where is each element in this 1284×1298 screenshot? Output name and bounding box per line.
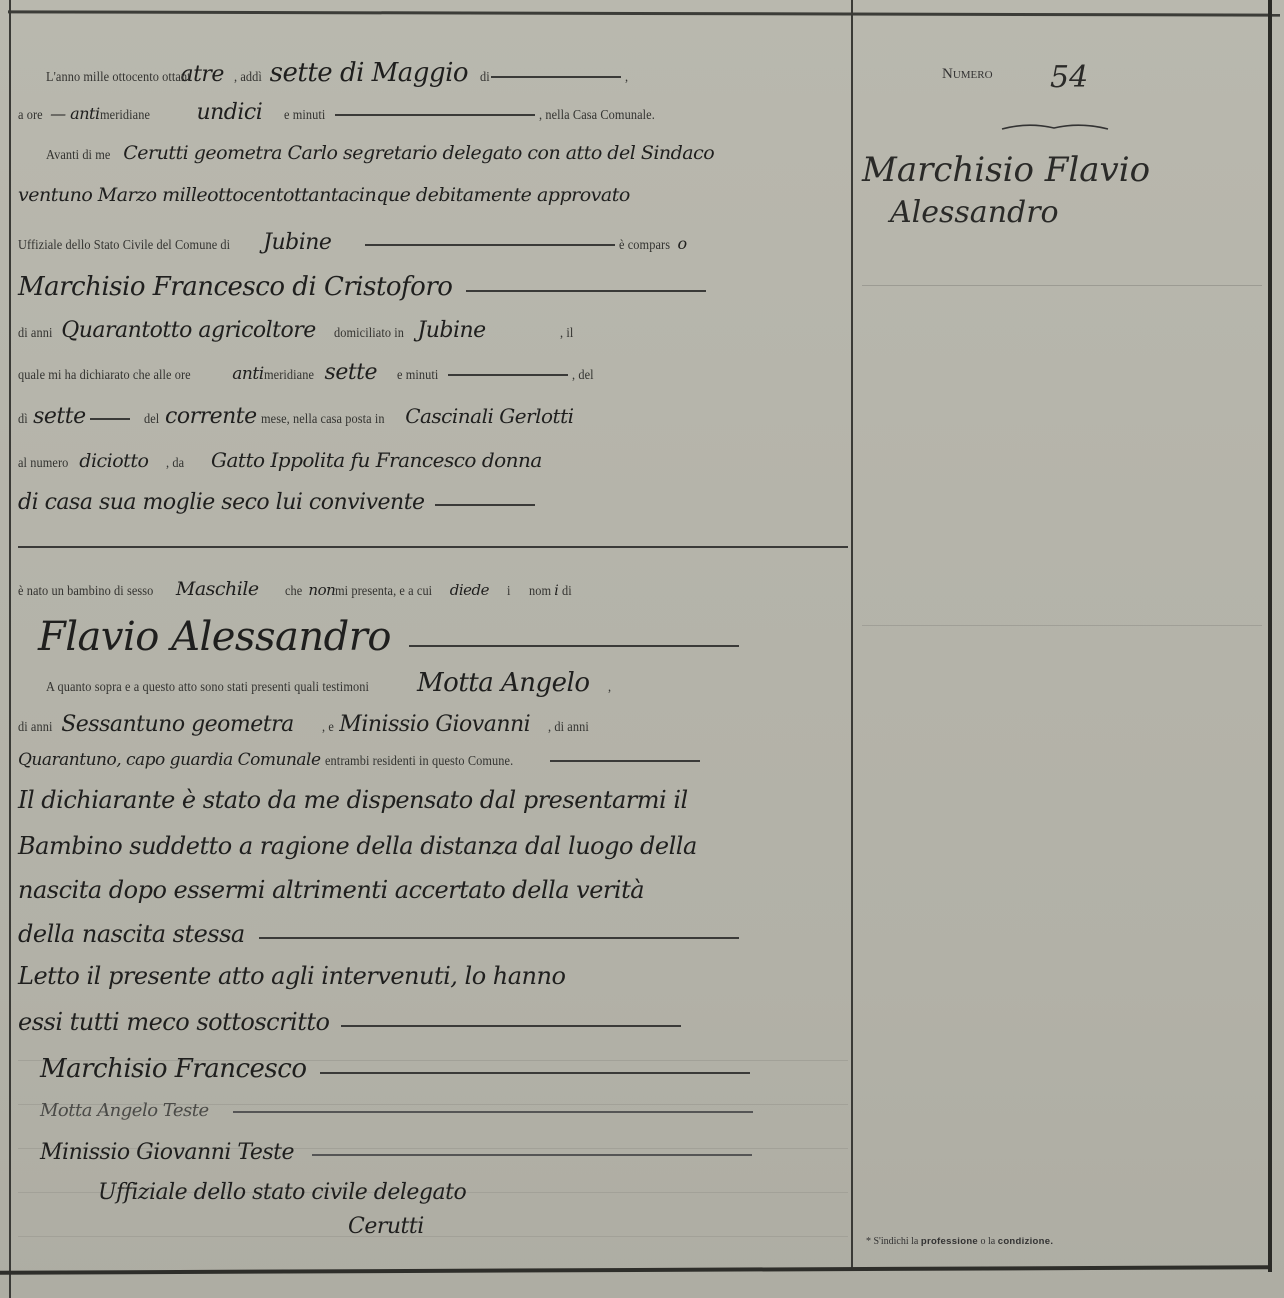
printed-text: mese, nella casa posta in [261,412,385,428]
printed-text: , da [166,456,184,472]
blank-line [550,760,700,762]
printed-text: e minuti [284,108,325,124]
decorative-swash-icon [1000,122,1110,132]
printed-text: nom [529,584,551,600]
handwritten-declarant-name: Marchisio Francesco di Cristoforo [18,272,452,302]
handwritten-hour: sette [325,360,378,385]
printed-text: , addì [234,70,262,86]
handwritten-commune: Jubine [263,230,331,255]
margin-subject-surname: Marchisio Flavio [862,150,1150,190]
printed-text: , il [560,326,573,342]
blank-line [312,1154,752,1156]
section-separator [18,546,848,548]
handwritten-domicile: Jubine [417,318,485,343]
signature-witness1: Motta Angelo Teste [18,1100,848,1121]
margin-subject-given: Alessandro [890,195,1059,230]
handwritten-text: anti [232,364,263,384]
line-signed: essi tutti meco sottoscritto [18,1008,848,1036]
faint-rule [862,625,1262,626]
printed-text: a ore [18,108,43,124]
signature-officer-title: Uffiziale dello stato civile delegato [18,1180,848,1205]
bottom-rule [0,1265,1268,1275]
printed-text: di anni [18,720,52,736]
printed-text: è nato un bambino di sesso [18,584,153,600]
blank-line [448,374,568,376]
handwritten-witness1-age: Sessantuno geometra [61,712,294,737]
printed-text: i [507,584,511,600]
handwritten-age-occupation: Quarantotto agricoltore [61,318,316,343]
witness2-signature: Minissio Giovanni Teste [40,1140,294,1165]
printed-text: quale mi ha dichiarato che alle ore [18,368,191,384]
handwritten-locality: Cascinali Gerlotti [405,404,573,428]
handwritten-witness1: Motta Angelo [417,668,589,698]
line-note3: nascita dopo essermi altrimenti accertat… [18,876,848,904]
printed-text: al numero [18,456,68,472]
handwritten-text: di casa sua moglie seco lui convivente [18,490,425,515]
line-commune: Uffiziale dello Stato Civile del Comune … [18,230,848,255]
printed-text: A quanto sopra e a questo atto sono stat… [46,680,369,696]
number-label: Numero [942,66,993,83]
line-note2: Bambino suddetto a ragione della distanz… [18,832,848,860]
blank-line [341,1025,681,1027]
entry-number: 54 [1050,60,1088,95]
blank-line [466,290,706,292]
footnote-bold: professione [921,1236,978,1247]
blank-line [409,645,739,647]
printed-text: domiciliato in [334,326,404,342]
handwritten-date: sette di Maggio [270,58,468,88]
line-note4: della nascita stessa [18,920,848,948]
printed-text: , nella Casa Comunale. [539,108,655,124]
blank-line [335,114,535,116]
declarant-signature: Marchisio Francesco [40,1054,306,1084]
line-age-occupation: di anni Quarantotto agricoltore domicili… [18,318,848,343]
printed-text: mi presenta, e a cui [335,584,432,600]
register-page: L'anno mille ottocento ottantatre , addì… [0,0,1284,1298]
handwritten-text: ventuno Marzo milleottocentottantacinque… [18,184,630,206]
handwritten-text: o [677,234,686,253]
line-delegation: ventuno Marzo milleottocentottantacinque… [18,184,848,206]
line-declared-hour: quale mi ha dichiarato che alle ore anti… [18,360,848,385]
line-note1: Il dichiarante è stato da me dispensato … [18,786,848,814]
printed-text: dì [18,412,28,428]
printed-text: , del [572,368,594,384]
printed-text: di anni [18,326,52,342]
handwritten-day: sette [33,404,86,429]
handwritten-note: della nascita stessa [18,920,245,948]
footnote-text: * S'indichi la [866,1236,918,1247]
line-officer: Avanti di me Cerutti geometra Carlo segr… [18,142,848,164]
handwritten-child-name: Flavio Alessandro [38,614,391,660]
blank-line [435,504,535,506]
printed-text: di [562,584,572,600]
line-witness2-occupation: Quarantuno, capo guardia Comunale entram… [18,750,848,770]
footnote-text: o la [981,1236,996,1247]
printed-text: L'anno mille ottocento ottant [46,70,191,86]
signature-witness2: Minissio Giovanni Teste [18,1140,848,1165]
printed-text: entrambi residenti in questo Comune. [325,754,513,770]
signature-declarant: Marchisio Francesco [18,1054,848,1084]
line-child-name: Flavio Alessandro [18,614,848,660]
officer-signature: Cerutti [348,1214,424,1239]
printed-text: , e [322,720,334,736]
blank-line [491,76,621,78]
top-rule [8,10,1280,16]
printed-text: di [480,70,490,86]
printed-text: che [285,584,302,600]
line-birth-place: dì sette del corrente mese, nella casa p… [18,404,848,429]
handwritten-text: Quarantuno, capo guardia Comunale [18,750,321,770]
line-witness-ages: di anni Sessantuno geometra , e Minissio… [18,712,848,737]
printed-text: , di anni [548,720,589,736]
handwritten-sex: Maschile [176,578,259,600]
printed-text: e minuti [397,368,438,384]
handwritten-note: Il dichiarante è stato da me dispensato … [18,786,688,814]
handwritten-hour: undici [196,100,262,125]
line-house-number: al numero diciotto , da Gatto Ippolita f… [18,448,848,472]
blank-line [320,1072,750,1074]
officer-title: Uffiziale dello stato civile delegato [98,1180,466,1205]
blank-line [259,937,739,939]
line-mother-cont: di casa sua moglie seco lui convivente [18,490,848,515]
left-border [9,0,11,1298]
handwritten-text: non [308,581,335,599]
handwritten-note: nascita dopo essermi altrimenti accertat… [18,876,644,904]
printed-text: meridiane [100,108,150,124]
footnote: * S'indichi la professione o la condizio… [866,1236,1053,1247]
printed-text: è compars [619,238,670,254]
printed-text: meridiane [264,368,314,384]
handwritten-text: Cerutti geometra Carlo segretario delega… [123,142,714,164]
printed-text: del [144,412,159,428]
handwritten-note: essi tutti meco sottoscritto [18,1008,329,1036]
printed-text: , [625,70,628,86]
handwritten-witness2: Minissio Giovanni [339,712,530,737]
handwritten-text: corrente [165,404,257,429]
faint-rule [862,285,1262,286]
handwritten-note: Bambino suddetto a ragione della distanz… [18,832,697,860]
line-witnesses: A quanto sopra e a questo atto sono stat… [18,668,848,698]
printed-text: Avanti di me [46,148,110,164]
printed-text: Uffiziale dello Stato Civile del Comune … [18,238,230,254]
handwritten-mother: Gatto Ippolita fu Francesco donna [211,448,542,472]
line-read-aloud: Letto il presente atto agli intervenuti,… [18,962,848,990]
line-hour: a ore — antimeridiane undici e minuti , … [18,100,848,125]
printed-text: , [608,680,611,696]
line-declarant: Marchisio Francesco di Cristoforo [18,272,848,302]
handwritten-text: — anti [50,104,99,123]
handwritten-text: i [554,583,558,599]
blank-line [233,1111,753,1113]
blank-line [90,418,130,420]
footnote-bold: condizione. [998,1236,1054,1247]
witness1-signature: Motta Angelo Teste [40,1100,209,1121]
handwritten-note: Letto il presente atto agli intervenuti,… [18,962,565,990]
line-child-sex: è nato un bambino di sesso Maschile che … [18,578,848,600]
right-border [1268,0,1272,1272]
column-divider [851,0,853,1270]
signature-officer: Cerutti [18,1214,848,1239]
line-year: L'anno mille ottocento ottantatre , addì… [18,58,848,88]
handwritten-house-number: diciotto [79,450,148,472]
handwritten-text: diede [450,581,489,599]
blank-line [365,244,615,246]
